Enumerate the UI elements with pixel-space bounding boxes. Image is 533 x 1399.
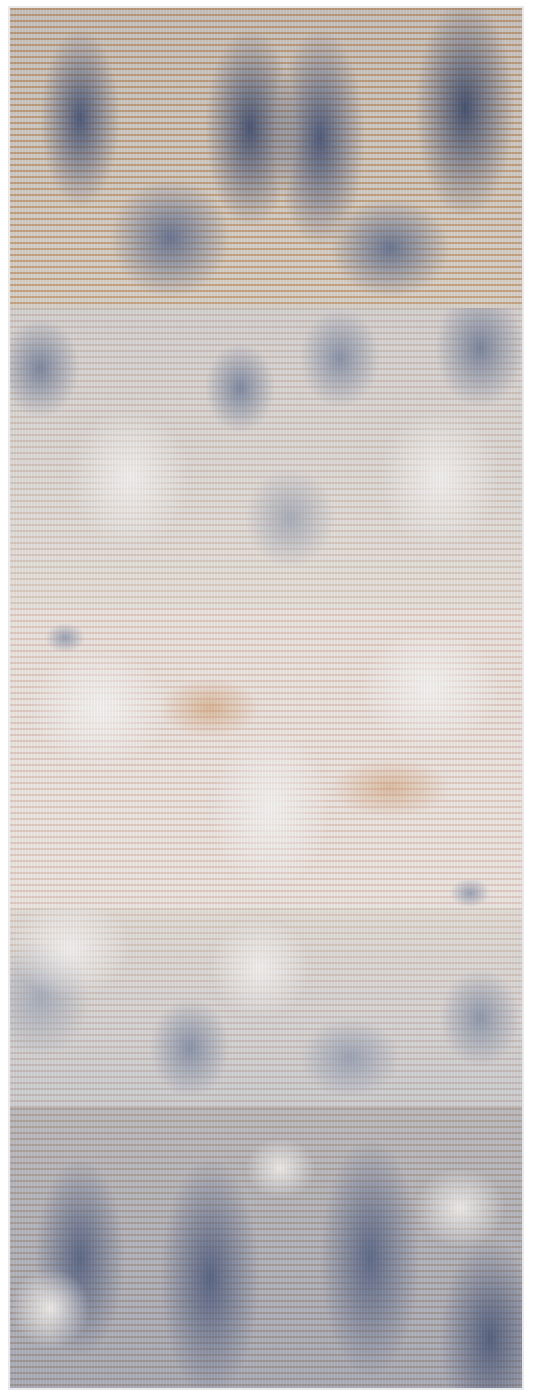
rug-bottom-section-slate-ikat [10,1108,522,1390]
rug-top-section-navy-ikat [10,8,522,308]
rug-upper-transition-section [10,308,522,608]
rug-center-section-ivory-rust [10,608,522,908]
rug-lower-transition-section [10,908,522,1108]
runner-rug [8,6,524,1390]
